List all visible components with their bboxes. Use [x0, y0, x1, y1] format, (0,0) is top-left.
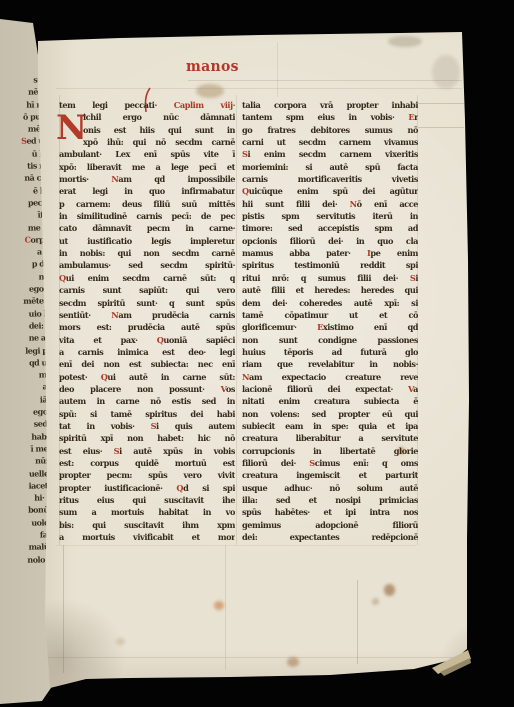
text-line: gemimus adopcionē filiorū [242, 519, 418, 531]
ruling-line [357, 580, 358, 664]
text-line: riam que revelabitur in nobis· [242, 358, 418, 370]
rubricated-initial: N [350, 199, 357, 209]
text-line: est: corpus quidē mortuū est [59, 457, 235, 469]
text-line: Quicūque enim spū dei agūtur [242, 185, 418, 197]
text-line: propter iustificacionē· Qd si spi [59, 482, 235, 494]
text-line: mamus abba pater· Ipe enim [242, 247, 418, 259]
text-line: vita et pax· Quoniā sapiēci [59, 334, 235, 346]
text-line: non volens: sed propter eū qui [242, 408, 418, 420]
stain [287, 657, 299, 667]
text-line: timore: sed accepistis spm ad [242, 222, 418, 234]
ruling-line [56, 88, 462, 89]
text-line: erat legi in quo infirmabatur [59, 185, 235, 197]
text-line: sentiūt· Nam prudēcia carnis [59, 309, 235, 321]
text-line: nitati enim creatura subiecta ē [242, 395, 418, 407]
text-line: carnis sunt sapiūt: qui vero [59, 284, 235, 296]
text-line: lacionē filiorū dei expectat· Va [242, 383, 418, 395]
text-line: Nam expectacio creature reve [242, 371, 418, 383]
text-line: a carnis inimica est deo· legi [59, 346, 235, 358]
text-line: carnis mortificaveritis vivetis [242, 173, 418, 185]
text-line: propter pecm: spūs vero vivit [59, 469, 235, 481]
stain [116, 638, 125, 645]
text-line: ut iustificatio legis impleretur [59, 235, 235, 247]
text-line: spū: si tamē spiritus dei habi [59, 408, 235, 420]
text-line: spiritus testimoniū reddit spi [242, 259, 418, 271]
text-line: autē filii et heredes: heredes qui [242, 284, 418, 296]
text-line: est eius· Si autē xpūs in vobis [59, 445, 235, 457]
ruling-line [46, 657, 456, 658]
text-line: mors est: prudēcia autē spūs [59, 321, 235, 333]
rubricated-initial: Q [242, 186, 249, 196]
book-page: manos N tem legi peccati· Caplim viij·ic… [0, 0, 514, 707]
text-line: huius tēporis ad futurā glo [242, 346, 418, 358]
stain [384, 584, 395, 596]
ruling-line [63, 545, 64, 673]
ruling-line [236, 95, 237, 545]
text-line: talia corpora vrā propter inhabi [242, 99, 418, 111]
stain [214, 601, 224, 610]
text-column-right: talia corpora vrā propter inhabitantem s… [242, 99, 418, 543]
text-line: autem in carne nō estis sed in [59, 395, 235, 407]
text-line: potest· Qui autē in carne sūt: [59, 371, 235, 383]
text-line: deo placere non possunt· Vos [59, 383, 235, 395]
text-line: dei: expectantes redēpcionē [242, 531, 418, 543]
text-line: tantem spm eius in vobis· Er [242, 111, 418, 123]
text-line: carni ut secdm carnem vivamus [242, 136, 418, 148]
text-line: mortis· Nam qd impossibile [59, 173, 235, 185]
text-line: a mortuis vivificabit et mor [59, 531, 235, 543]
ruling-line [418, 103, 464, 104]
text-line: cato dāmnavit pecm in carne· [59, 222, 235, 234]
text-line: ambulamus· sed secdm spiritū· [59, 259, 235, 271]
text-line: usque adhuc· nō solum autē [242, 482, 418, 494]
text-line: secdm spiritū sunt· q sunt spūs [59, 297, 235, 309]
text-line: in nobis: qui non secdm carnē [59, 247, 235, 259]
ruling-line [418, 127, 464, 128]
text-line: ichil ergo nūc dāmnati [59, 111, 235, 123]
stain [196, 84, 224, 98]
rubricated-initial: Q [59, 273, 66, 283]
ruling-line [225, 545, 226, 670]
text-line: corrupcionis in libertatē glorie [242, 445, 418, 457]
text-line: non sunt condigne passiones [242, 334, 418, 346]
text-line: moriemini: si autē spū facta [242, 161, 418, 173]
text-line: ambulant· Lex enī spūs vite ī [59, 148, 235, 160]
text-line: opcionis filiorū dei· in quo cla [242, 235, 418, 247]
text-line: go fratres debitores sumus nō [242, 124, 418, 136]
text-line: tem legi peccati· Caplim viij· [59, 99, 235, 111]
ruling-line [56, 545, 416, 546]
text-column-left: tem legi peccati· Caplim viij·ichil ergo… [59, 99, 235, 543]
text-line: in similitudinē carnis pecī: de pec [59, 210, 235, 222]
stain [388, 36, 422, 47]
text-line: filiorū dei· Scimus enī: q oms [242, 457, 418, 469]
text-line: tat in vobis· Si quis autem [59, 420, 235, 432]
text-line: dem dei· coheredes autē xpī: si [242, 297, 418, 309]
text-line: ritus eius qui suscitavit ihe [59, 494, 235, 506]
text-line: spūs habētes· et ipi intra nos [242, 506, 418, 518]
text-line: onis est hiis qui sunt in [59, 124, 235, 136]
manuscript-page-photo: s· Mōnē uelīhī mēisō pugnāmēbrisSed uidē… [0, 0, 514, 707]
text-line: xpō: liberavit me a lege pecī et [59, 161, 235, 173]
rubricated-initial: Caplim viij· [174, 100, 235, 110]
rubricated-initial: N [242, 372, 249, 382]
text-line: bis: qui suscitavit ihm xpm [59, 519, 235, 531]
running-header: manos [186, 59, 239, 76]
text-line: pistis spm servitutis iterū in [242, 210, 418, 222]
text-line: Qui enim secdm carnē sūt: q [59, 272, 235, 284]
text-line: tamē cōpatimur ut et cō [242, 309, 418, 321]
text-line: Si enim secdm carnem vixeritis [242, 148, 418, 160]
text-line: ritui nrō: q sumus filii dei· Si [242, 272, 418, 284]
text-line: glorificemur· Existimo enī qd [242, 321, 418, 333]
ruling-line [188, 80, 462, 81]
text-line: subiecit eam in spe: quia et ipa [242, 420, 418, 432]
text-line: spiritū xpī non habet: hic nō [59, 432, 235, 444]
text-line: xpō ihū: qui nō secdm carnē [59, 136, 235, 148]
text-line: illa: sed et nosipi primicias [242, 494, 418, 506]
stain [372, 598, 379, 605]
text-line: creatura ingemiscit et parturit [242, 469, 418, 481]
text-line: creatura liberabitur a servitute [242, 432, 418, 444]
text-line: p carnem: deus filiū suū mittēs [59, 198, 235, 210]
stain [432, 55, 460, 89]
text-line: enī dei non est subiecta: nec enī [59, 358, 235, 370]
text-line: hii sunt filii dei· Nō enī acce [242, 198, 418, 210]
text-line: sum a mortuis habitat in vo [59, 506, 235, 518]
